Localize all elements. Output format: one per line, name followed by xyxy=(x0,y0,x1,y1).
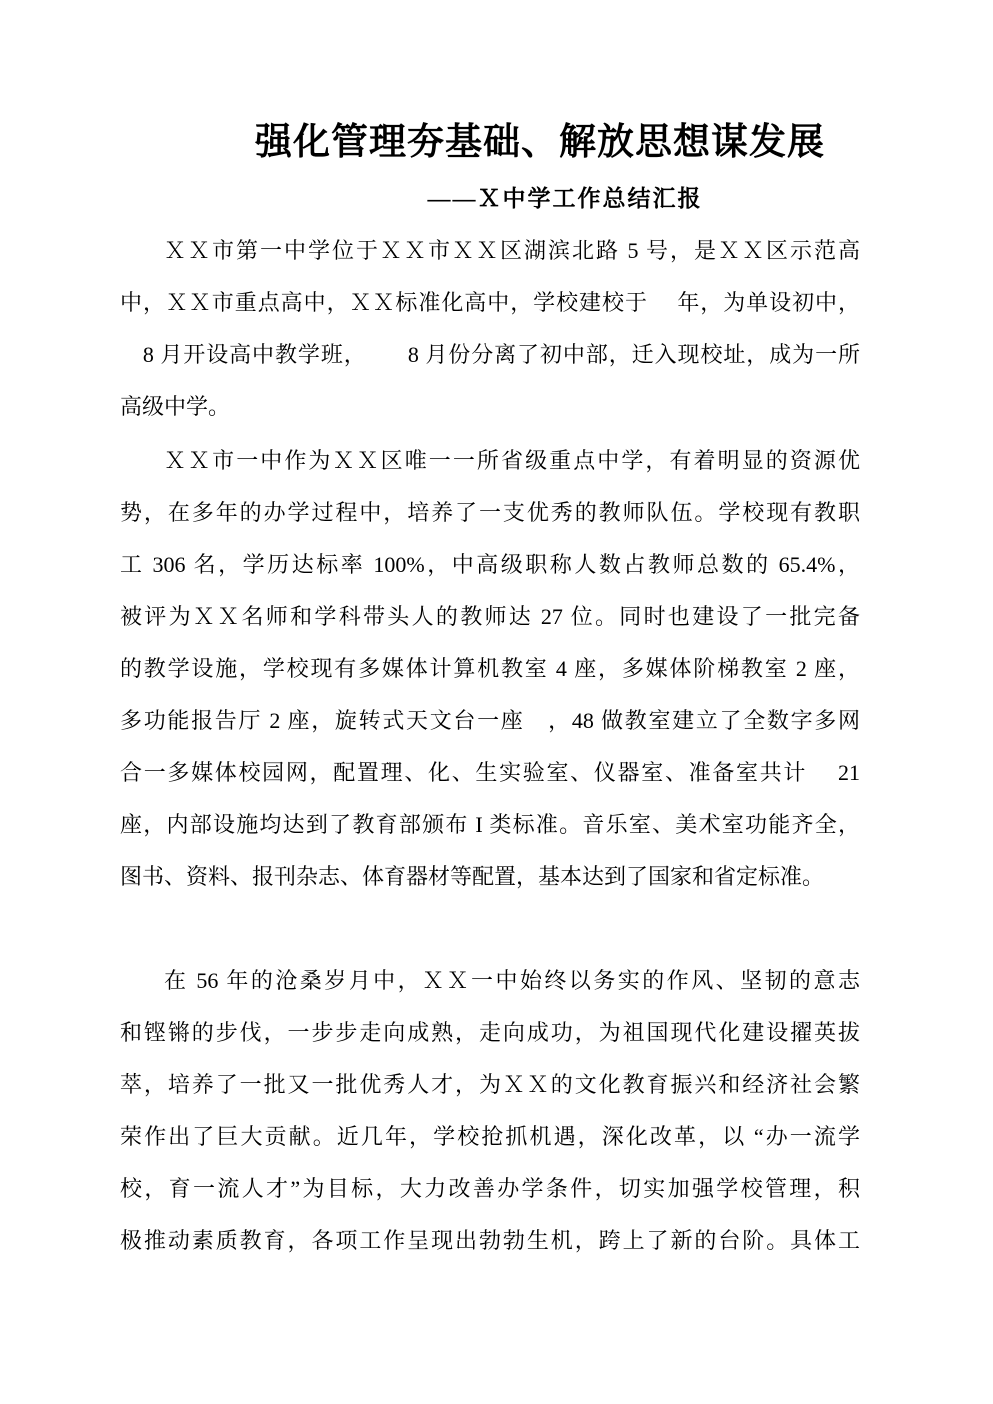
text-line: 高级中学。 xyxy=(120,381,860,433)
paragraph: 在 56 年的沧桑岁月中，ＸＸ一中始终以务实的作风、坚韧的意志和铿锵的步伐，一步… xyxy=(120,955,860,1267)
document-page: 强化管理夯基础、解放思想谋发展 ——Ｘ中学工作总结汇报 ＸＸ市第一中学位于ＸＸ市… xyxy=(0,0,993,1404)
text-line: 工 306 名，学历达标率 100%，中高级职称人数占教师总数的 65.4%， xyxy=(120,539,860,591)
text-line: ＸＸ市一中作为ＸＸ区唯一一所省级重点中学，有着明显的资源优 xyxy=(120,435,860,487)
text-line: 被评为ＸＸ名师和学科带头人的教师达 27 位。同时也建设了一批完备 xyxy=(120,591,860,643)
text-line: 图书、资料、报刊杂志、体育器材等配置，基本达到了国家和省定标准。 xyxy=(120,851,860,903)
paragraph: ＸＸ市第一中学位于ＸＸ市ＸＸ区湖滨北路 5 号，是ＸＸ区示范高中，ＸＸ市重点高中… xyxy=(120,225,860,433)
text-line: 8 月开设高中教学班， 8 月份分离了初中部，迁入现校址，成为一所 xyxy=(120,329,860,381)
paragraph: ＸＸ市一中作为ＸＸ区唯一一所省级重点中学，有着明显的资源优势，在多年的办学过程中… xyxy=(120,435,860,903)
text-line: 多功能报告厅 2 座，旋转式天文台一座 ，48 做教室建立了全数字多网 xyxy=(120,695,860,747)
text-line: 荣作出了巨大贡献。近几年，学校抢抓机遇，深化改革，以 “办一流学 xyxy=(120,1111,860,1163)
document-subtitle: ——Ｘ中学工作总结汇报 xyxy=(120,184,860,214)
text-line: 在 56 年的沧桑岁月中，ＸＸ一中始终以务实的作风、坚韧的意志 xyxy=(120,955,860,1007)
text-line: 座，内部设施均达到了教育部颁布 I 类标准。音乐室、美术室功能齐全， xyxy=(120,799,860,851)
text-line: 萃，培养了一批又一批优秀人才，为ＸＸ的文化教育振兴和经济社会繁 xyxy=(120,1059,860,1111)
text-line: 合一多媒体校园网，配置理、化、生实验室、仪器室、准备室共计 21 xyxy=(120,747,860,799)
document-body: ＸＸ市第一中学位于ＸＸ市ＸＸ区湖滨北路 5 号，是ＸＸ区示范高中，ＸＸ市重点高中… xyxy=(120,225,860,1267)
text-line: 中，ＸＸ市重点高中，ＸＸ标准化高中，学校建校于 年，为单设初中， xyxy=(120,277,860,329)
document-title: 强化管理夯基础、解放思想谋发展 xyxy=(120,118,860,166)
text-line: 极推动素质教育，各项工作呈现出勃勃生机，跨上了新的台阶。具体工 xyxy=(120,1215,860,1267)
text-line: 校，育一流人才”为目标，大力改善办学条件，切实加强学校管理，积 xyxy=(120,1163,860,1215)
text-line: ＸＸ市第一中学位于ＸＸ市ＸＸ区湖滨北路 5 号，是ＸＸ区示范高 xyxy=(120,225,860,277)
text-line: 和铿锵的步伐，一步步走向成熟，走向成功，为祖国现代化建设擢英拔 xyxy=(120,1007,860,1059)
text-line: 势，在多年的办学过程中，培养了一支优秀的教师队伍。学校现有教职 xyxy=(120,487,860,539)
text-line: 的教学设施，学校现有多媒体计算机教室 4 座，多媒体阶梯教室 2 座， xyxy=(120,643,860,695)
document-content: 强化管理夯基础、解放思想谋发展 ——Ｘ中学工作总结汇报 ＸＸ市第一中学位于ＸＸ市… xyxy=(120,118,860,1267)
